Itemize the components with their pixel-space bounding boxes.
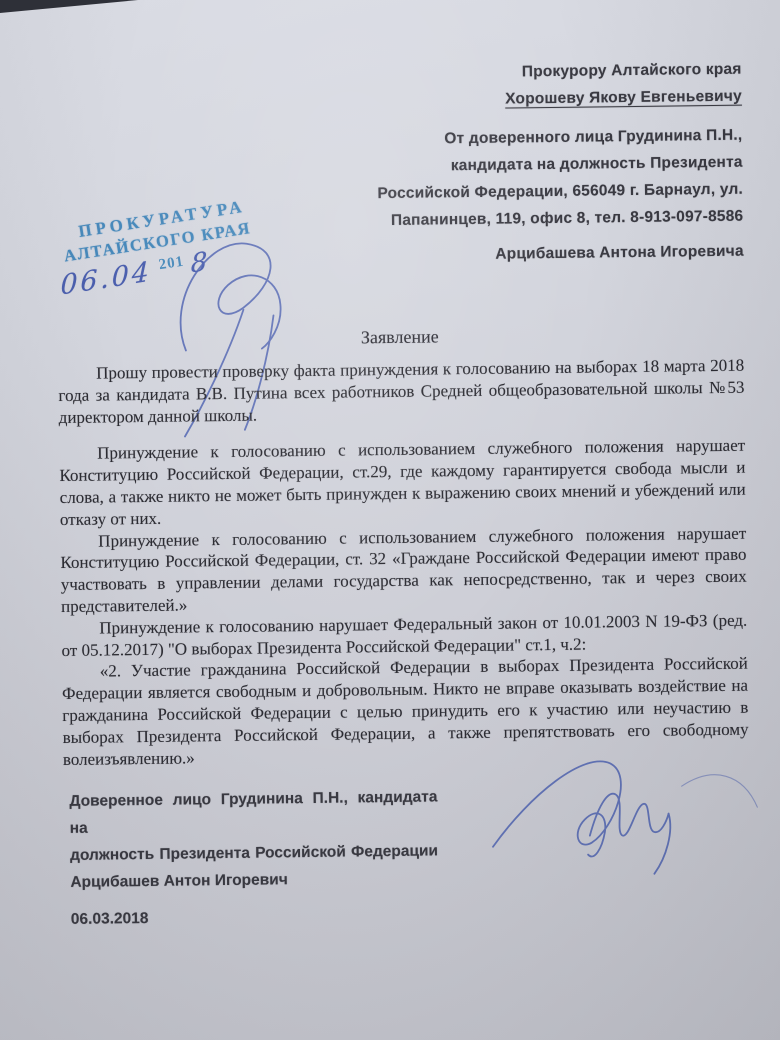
paragraph: Принуждение к голосованию с использовани… [59,435,746,531]
document-body: Прошу провести проверку факта принуждени… [58,355,749,771]
signer-signature [486,733,773,901]
paragraph: Принуждение к голосованию с использовани… [60,522,747,618]
address-block: Прокурору Алтайского края Хорошеву Якову… [351,56,744,270]
signer-name: Арцибашев Антон Игоревич [70,864,438,895]
signer-line: должность Президента Российской Федераци… [70,837,438,868]
paragraph: Прошу провести проверку факта принуждени… [58,355,745,429]
paper-sheet: Прокурору Алтайского края Хорошеву Якову… [0,0,780,1040]
document-content: Прокурору Алтайского края Хорошеву Якову… [0,0,780,1040]
signer-block: Доверенное лицо Грудинина П.Н., кандидат… [69,783,439,932]
document-date: 06.03.2018 [71,901,439,932]
sender-line: Папанинцев, 119, офис 8, тел. 8-913-097-… [353,203,743,235]
recipient-name: Хорошеву Якову Евгеньевичу [352,83,742,115]
sender-name: Арцибашева Антона Игоревича [354,238,744,270]
signer-line: Доверенное лицо Грудинина П.Н., кандидат… [69,783,438,841]
